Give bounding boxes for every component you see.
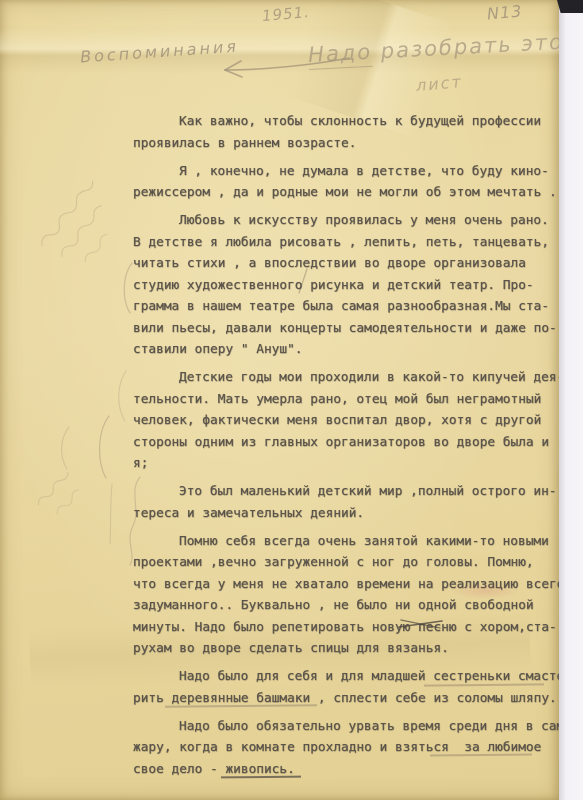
typed-paragraph: Я , конечно, не думала в детстве, что бу…: [133, 161, 553, 204]
typed-line: режиссером , да и родные мои не могли об…: [133, 182, 553, 204]
main-note-annotation: Надо разобрать этот: [308, 29, 579, 67]
main-note-underlined-word: Надо: [308, 40, 373, 70]
title-annotation: Воспоминания: [80, 36, 240, 66]
typed-line: Детские годы мои проходили в какой-то ки…: [133, 367, 553, 389]
typed-line: Любовь к искусству проявилась у меня оче…: [133, 210, 553, 232]
typed-line: тереса и замечательных деяний.: [133, 503, 553, 525]
year-annotation: 1951.: [261, 3, 310, 25]
typed-line: Как важно, чтобы склонность к будущей пр…: [133, 111, 553, 133]
typed-line: минуты. Надо было репетировать новую пес…: [133, 617, 553, 639]
typed-line: человек, фактически меня воспитал двор, …: [133, 410, 553, 432]
typed-paragraph: Как важно, чтобы склонность к будущей пр…: [133, 111, 553, 154]
typed-line: стороны одним из главных организаторов в…: [133, 432, 553, 454]
typed-line: проектами ,вечно загруженной с ног до го…: [133, 552, 553, 574]
scanner-background-strip: [559, 0, 583, 800]
typed-paragraph: Любовь к искусству проявилась у меня оче…: [133, 210, 553, 361]
margin-curve-mark: [112, 368, 130, 424]
typed-line: грамма в нашем театре была самая разнооб…: [133, 296, 553, 318]
scanned-page: 1951. N13 Воспоминания Надо разобрать эт…: [0, 0, 583, 800]
typed-line: Помню себя всегда очень занятой какими-т…: [133, 531, 553, 553]
typed-line: вили пьесы, давали концерты самодеятельн…: [133, 318, 553, 340]
main-note-second-line: лист: [415, 72, 463, 95]
scanner-dark-corner: [557, 0, 583, 13]
margin-line-mark: [106, 482, 116, 546]
typed-line: студию художественного рисунка и детский…: [133, 275, 553, 297]
typed-line: я;: [133, 453, 553, 475]
typed-line: В детстве я любила рисовать , лепить, пе…: [133, 232, 553, 254]
typed-paragraph: Надо было для себя и для младшей сестрен…: [133, 666, 553, 709]
typed-line: свое дело - живопись.: [133, 759, 553, 781]
typed-line: проявилась в раннем возрасте.: [133, 133, 553, 155]
typed-paragraph: Это был маленький детский мир ,полный ос…: [133, 481, 553, 524]
paper-sheet: 1951. N13 Воспоминания Надо разобрать эт…: [0, 0, 559, 800]
typed-line: тельности. Мать умерла рано, отец мой бы…: [133, 389, 553, 411]
typed-line: Я , конечно, не думала в детстве, что бу…: [133, 161, 553, 183]
typed-line: ставили оперу " Ануш".: [133, 339, 553, 361]
typed-line: читать стихи , а впоследствии во дворе о…: [133, 253, 553, 275]
typed-line: Это был маленький детский мир ,полный ос…: [133, 481, 553, 503]
margin-curve-mark: [56, 424, 72, 472]
typed-paragraph: Детские годы мои проходили в какой-то ки…: [133, 367, 553, 475]
margin-brace-mark: [94, 412, 112, 482]
page-number-annotation: N13: [486, 1, 523, 23]
typed-paragraph: Надо было обязательно урвать время среди…: [133, 716, 553, 781]
illegible-margin-note-lower: [24, 453, 104, 534]
red-smudge: [450, 583, 520, 599]
main-note-rest: разобрать этот: [372, 29, 579, 64]
typed-line: рухам во дворе сделать спицы для вязанья…: [133, 638, 553, 660]
typed-line: Надо было обязательно урвать время среди…: [133, 716, 553, 738]
